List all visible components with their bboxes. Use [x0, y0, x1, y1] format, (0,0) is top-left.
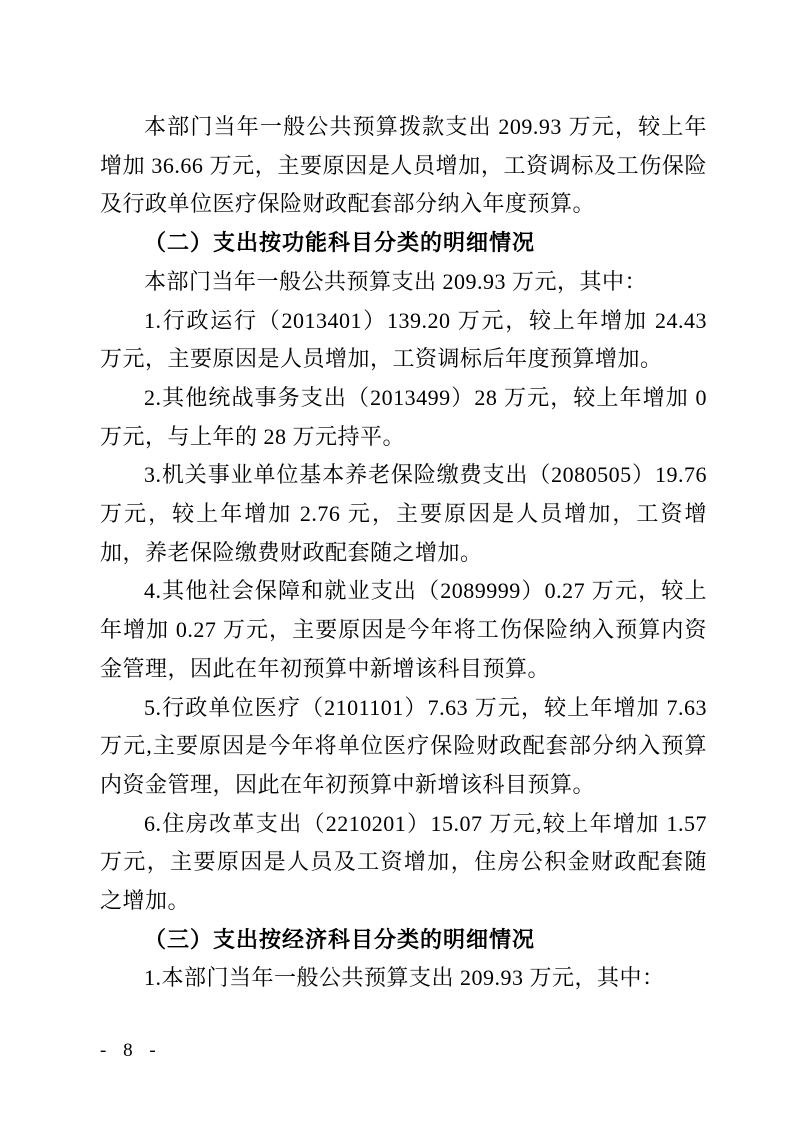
document-body: 本部门当年一般公共预算拨款支出 209.93 万元，较上年增加 36.66 万元…: [100, 108, 707, 998]
paragraph: 1.行政运行（2013401）139.20 万元，较上年增加 24.43 万元，…: [100, 302, 707, 379]
section-heading: （三）支出按经济科目分类的明细情况: [100, 921, 707, 960]
paragraph: 本部门当年一般公共预算拨款支出 209.93 万元，较上年增加 36.66 万元…: [100, 108, 707, 224]
paragraph: 5.行政单位医疗（2101101）7.63 万元，较上年增加 7.63 万元,主…: [100, 689, 707, 805]
page-number: - 8 -: [100, 1040, 162, 1062]
section-heading: （二）支出按功能科目分类的明细情况: [100, 224, 707, 263]
paragraph: 6.住房改革支出（2210201）15.07 万元,较上年增加 1.57 万元，…: [100, 805, 707, 921]
paragraph: 3.机关事业单位基本养老保险缴费支出（2080505）19.76 万元，较上年增…: [100, 456, 707, 572]
paragraph: 2.其他统战事务支出（2013499）28 万元，较上年增加 0 万元，与上年的…: [100, 379, 707, 456]
paragraph: 1.本部门当年一般公共预算支出 209.93 万元，其中：: [100, 959, 707, 998]
document-page: 本部门当年一般公共预算拨款支出 209.93 万元，较上年增加 36.66 万元…: [0, 0, 793, 1122]
paragraph: 4.其他社会保障和就业支出（2089999）0.27 万元，较上年增加 0.27…: [100, 572, 707, 688]
paragraph: 本部门当年一般公共预算支出 209.93 万元，其中：: [100, 263, 707, 302]
